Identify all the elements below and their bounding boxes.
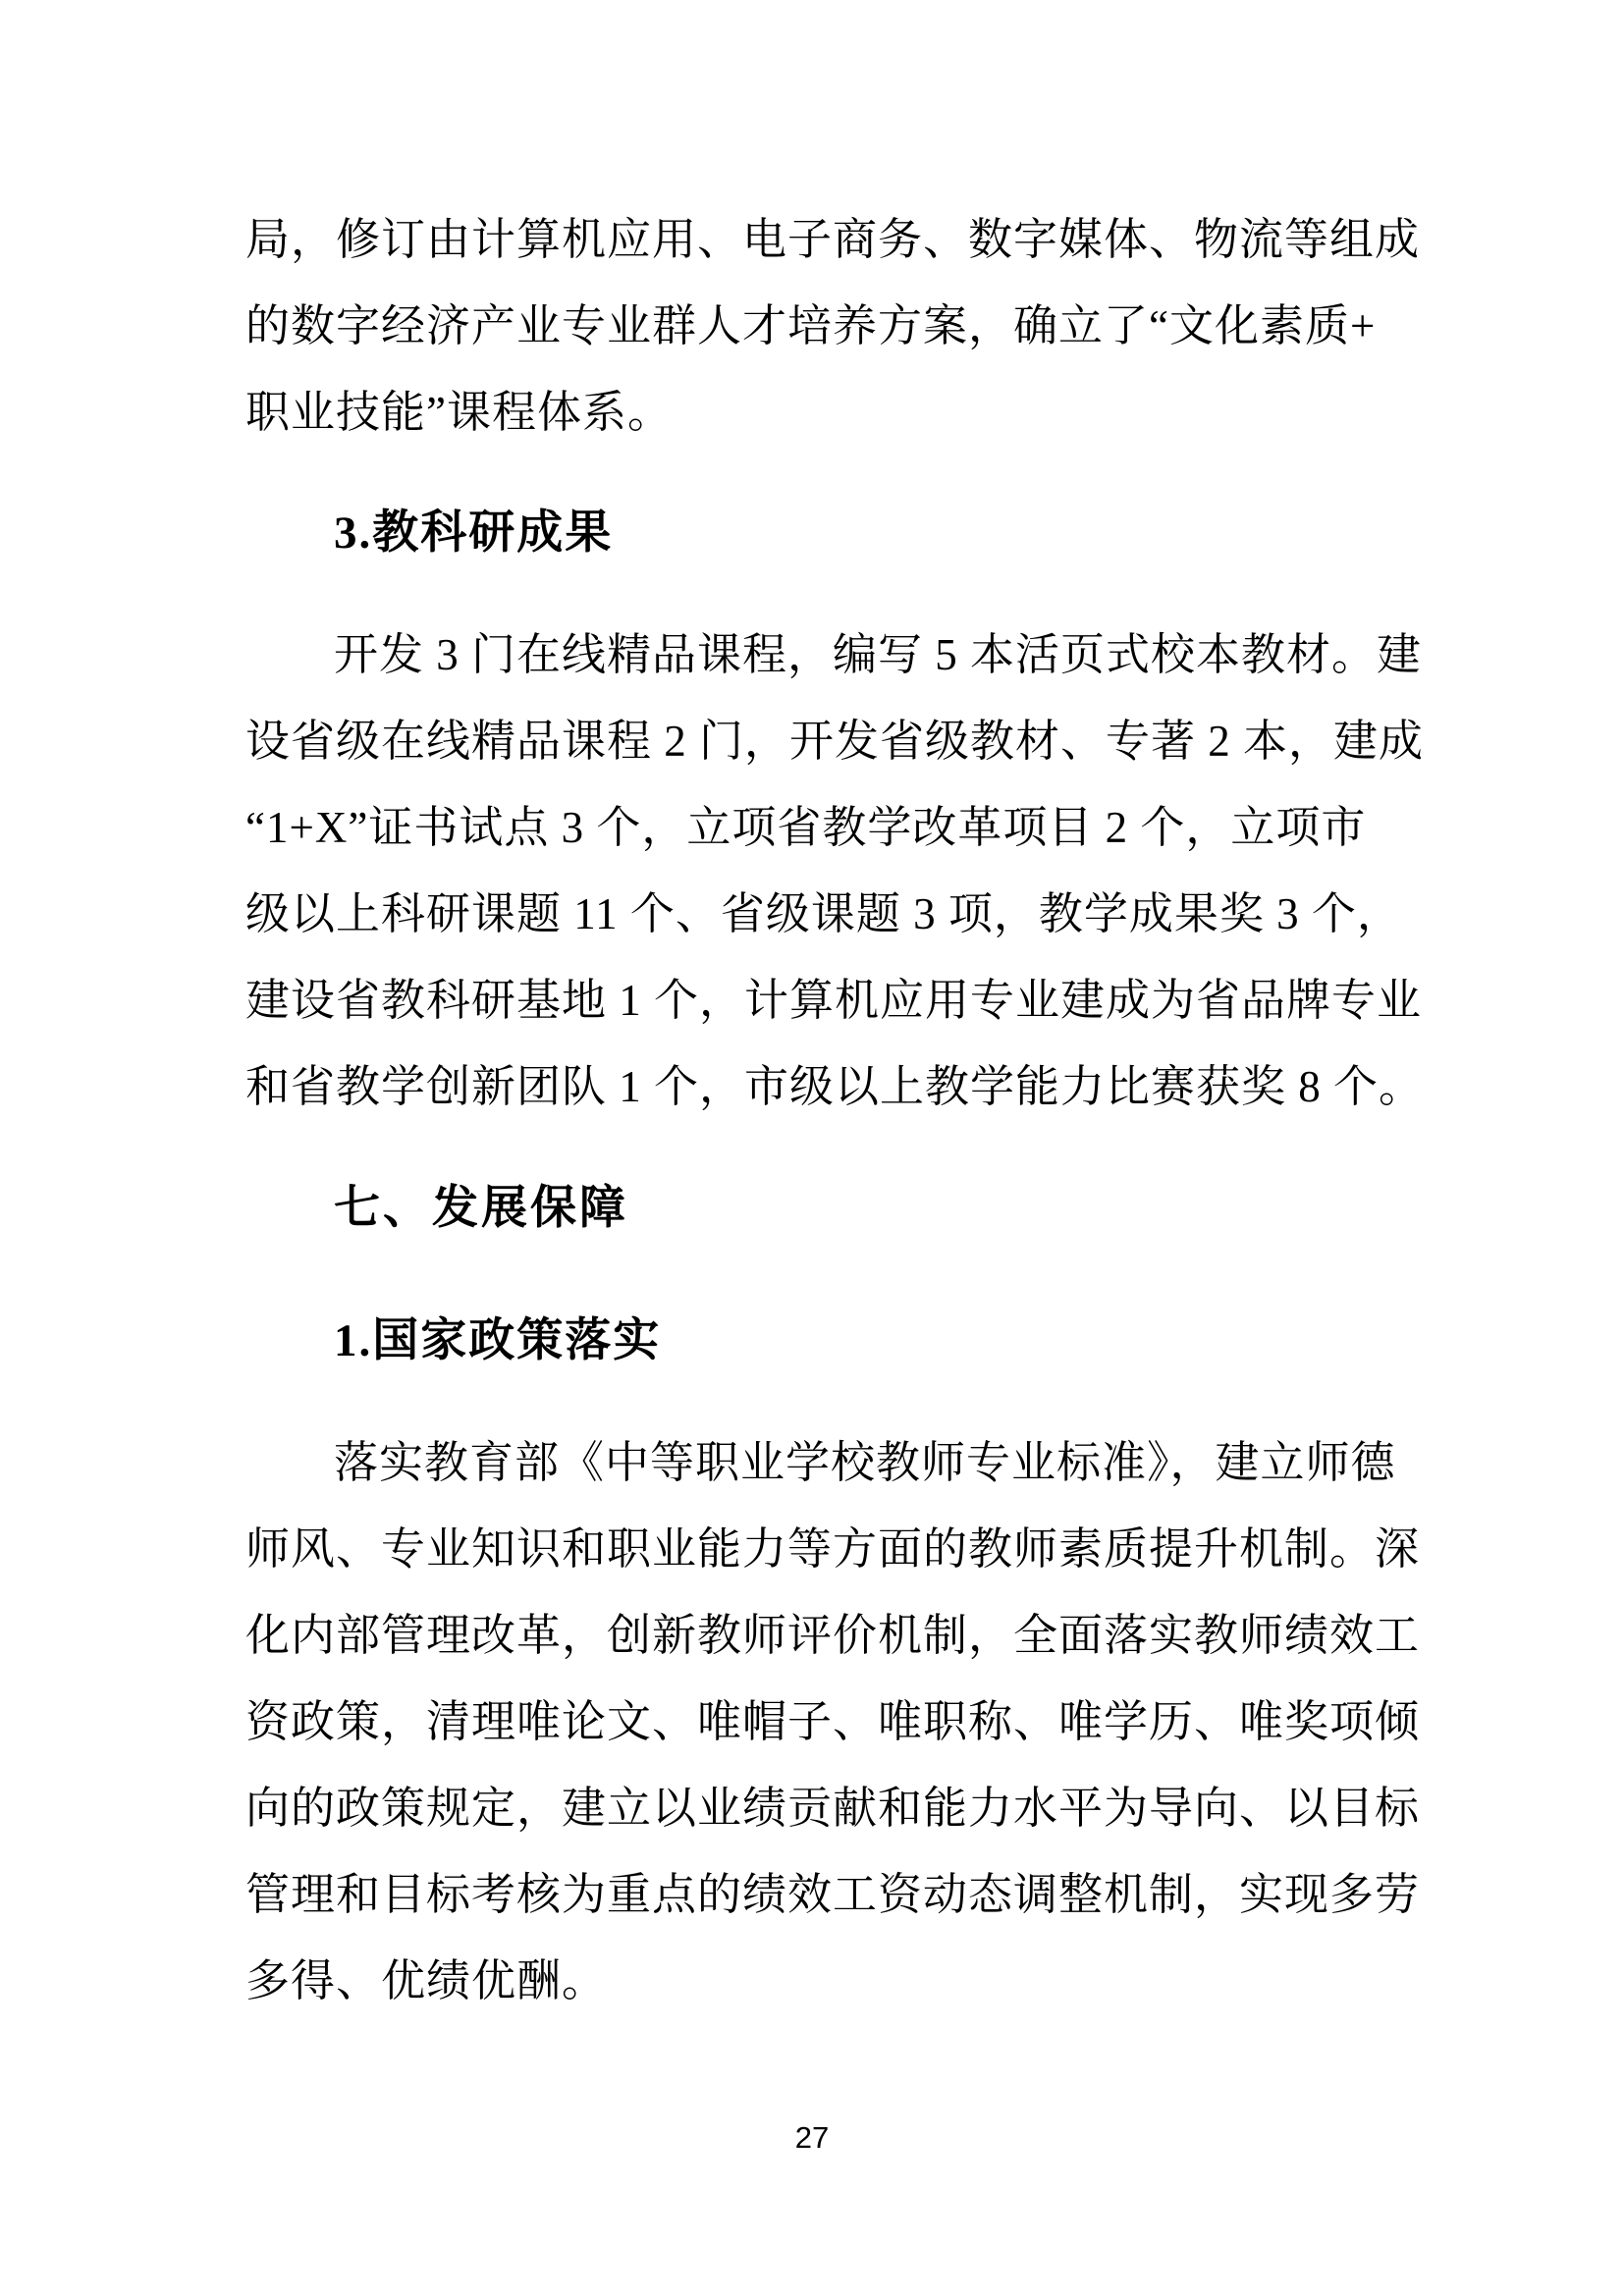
section-heading: 七、发展保障 bbox=[245, 1164, 1389, 1251]
paragraph-line: 资政策，清理唯论文、唯帽子、唯职称、唯学历、唯奖项倾 bbox=[245, 1679, 1389, 1765]
paragraph-line: 落实教育部《中等职业学校教师专业标准》，建立师德 bbox=[245, 1419, 1389, 1506]
paragraph-line: 建设省教科研基地 1 个，计算机应用专业建成为省品牌专业 bbox=[245, 957, 1389, 1043]
paragraph-line: 师风、专业知识和职业能力等方面的教师素质提升机制。深 bbox=[245, 1506, 1389, 1592]
paragraph: 落实教育部《中等职业学校教师专业标准》，建立师德师风、专业知识和职业能力等方面的… bbox=[245, 1419, 1389, 2024]
paragraph-line: 级以上科研课题 11 个、省级课题 3 项，教学成果奖 3 个， bbox=[245, 871, 1389, 957]
paragraph: 开发 3 门在线精品课程，编写 5 本活页式校本教材。建设省级在线精品课程 2 … bbox=[245, 612, 1389, 1130]
paragraph-line: “1+X”证书试点 3 个，立项省教学改革项目 2 个，立项市 bbox=[245, 784, 1389, 871]
paragraph-line: 局，修订由计算机应用、电子商务、数字媒体、物流等组成 bbox=[245, 196, 1389, 283]
subsection-heading: 1.国家政策落实 bbox=[245, 1298, 1389, 1384]
page-number: 27 bbox=[0, 2120, 1624, 2156]
paragraph-line: 职业技能”课程体系。 bbox=[245, 369, 1389, 455]
paragraph-line: 开发 3 门在线精品课程，编写 5 本活页式校本教材。建 bbox=[245, 612, 1389, 698]
subsection-heading: 3.教科研成果 bbox=[245, 490, 1389, 576]
paragraph-line: 的数字经济产业专业群人才培养方案，确立了“文化素质+ bbox=[245, 283, 1389, 369]
paragraph-line: 设省级在线精品课程 2 门，开发省级教材、专著 2 本，建成 bbox=[245, 698, 1389, 784]
paragraph-line: 和省教学创新团队 1 个，市级以上教学能力比赛获奖 8 个。 bbox=[245, 1043, 1389, 1130]
paragraph-line: 向的政策规定，建立以业绩贡献和能力水平为导向、以目标 bbox=[245, 1765, 1389, 1851]
paragraph-line: 化内部管理改革，创新教师评价机制，全面落实教师绩效工 bbox=[245, 1592, 1389, 1679]
paragraph-line: 多得、优绩优酬。 bbox=[245, 1938, 1389, 2024]
document-body: 局，修订由计算机应用、电子商务、数字媒体、物流等组成的数字经济产业专业群人才培养… bbox=[245, 196, 1389, 2024]
paragraph-line: 管理和目标考核为重点的绩效工资动态调整机制，实现多劳 bbox=[245, 1851, 1389, 1938]
document-page: 局，修订由计算机应用、电子商务、数字媒体、物流等组成的数字经济产业专业群人才培养… bbox=[0, 0, 1624, 2296]
paragraph: 局，修订由计算机应用、电子商务、数字媒体、物流等组成的数字经济产业专业群人才培养… bbox=[245, 196, 1389, 455]
